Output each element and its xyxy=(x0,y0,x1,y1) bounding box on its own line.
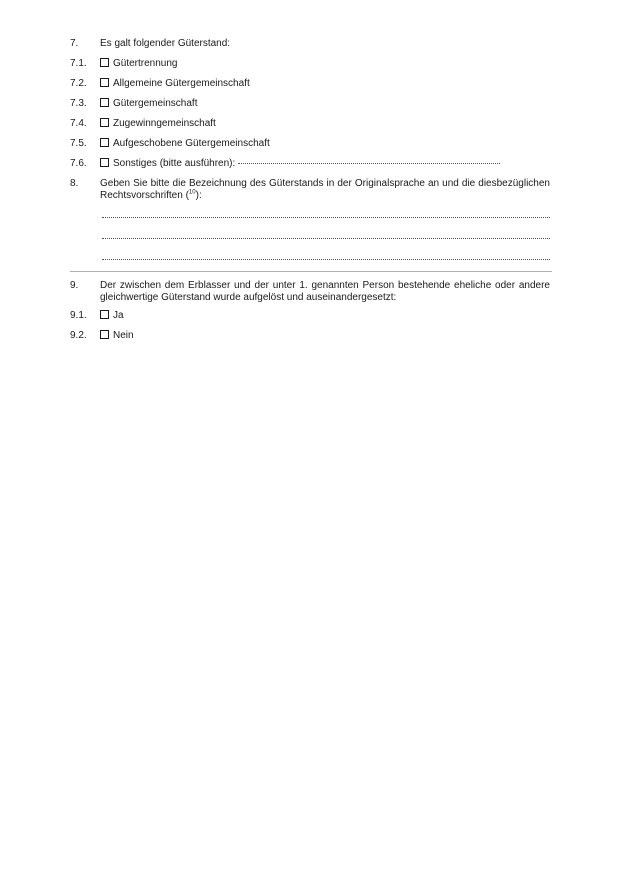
footnote-ref: 10 xyxy=(189,190,196,196)
section-title: Es galt folgender Güterstand: xyxy=(100,38,550,50)
sonstiges-input-line[interactable] xyxy=(238,162,500,164)
section-text: Der zwischen dem Erblasser und der unter… xyxy=(100,280,550,304)
section-number: 7. xyxy=(70,38,78,50)
checkbox-nein[interactable] xyxy=(100,330,109,339)
section-number: 8. xyxy=(70,178,78,190)
option-number: 7.6. xyxy=(70,158,87,170)
section-text-end: ): xyxy=(196,190,202,201)
option-number: 7.2. xyxy=(70,78,87,90)
section-number: 9. xyxy=(70,280,78,292)
checkbox-aufgeschobene-gutergemeinschaft[interactable] xyxy=(100,138,109,147)
checkbox-sonstiges[interactable] xyxy=(100,158,109,167)
checkbox-zugewinngemeinschaft[interactable] xyxy=(100,118,109,127)
answer-line-3[interactable] xyxy=(102,258,550,260)
answer-line-2[interactable] xyxy=(102,237,550,239)
option-label: Allgemeine Gütergemeinschaft xyxy=(113,78,250,89)
option-label: Nein xyxy=(113,330,134,341)
option-number: 9.1. xyxy=(70,310,87,322)
option-label: Gütertrennung xyxy=(113,58,178,69)
checkbox-gutertrennung[interactable] xyxy=(100,58,109,67)
option-label: Zugewinngemeinschaft xyxy=(113,118,216,129)
option-label: Aufgeschobene Gütergemeinschaft xyxy=(113,138,270,149)
checkbox-allgemeine-gutergemeinschaft[interactable] xyxy=(100,78,109,87)
option-number: 7.1. xyxy=(70,58,87,70)
answer-line-1[interactable] xyxy=(102,216,550,218)
option-label: Sonstiges (bitte ausführen): xyxy=(113,158,235,169)
option-label: Gütergemeinschaft xyxy=(113,98,198,109)
section-text: Geben Sie bitte die Bezeichnung des Güte… xyxy=(100,178,550,202)
checkbox-gutergemeinschaft[interactable] xyxy=(100,98,109,107)
section-divider xyxy=(70,271,552,272)
option-number: 9.2. xyxy=(70,330,87,342)
option-number: 7.5. xyxy=(70,138,87,150)
option-label: Ja xyxy=(113,310,124,321)
section-text-body: Geben Sie bitte die Bezeichnung des Güte… xyxy=(100,178,550,201)
option-number: 7.4. xyxy=(70,118,87,130)
option-number: 7.3. xyxy=(70,98,87,110)
checkbox-ja[interactable] xyxy=(100,310,109,319)
